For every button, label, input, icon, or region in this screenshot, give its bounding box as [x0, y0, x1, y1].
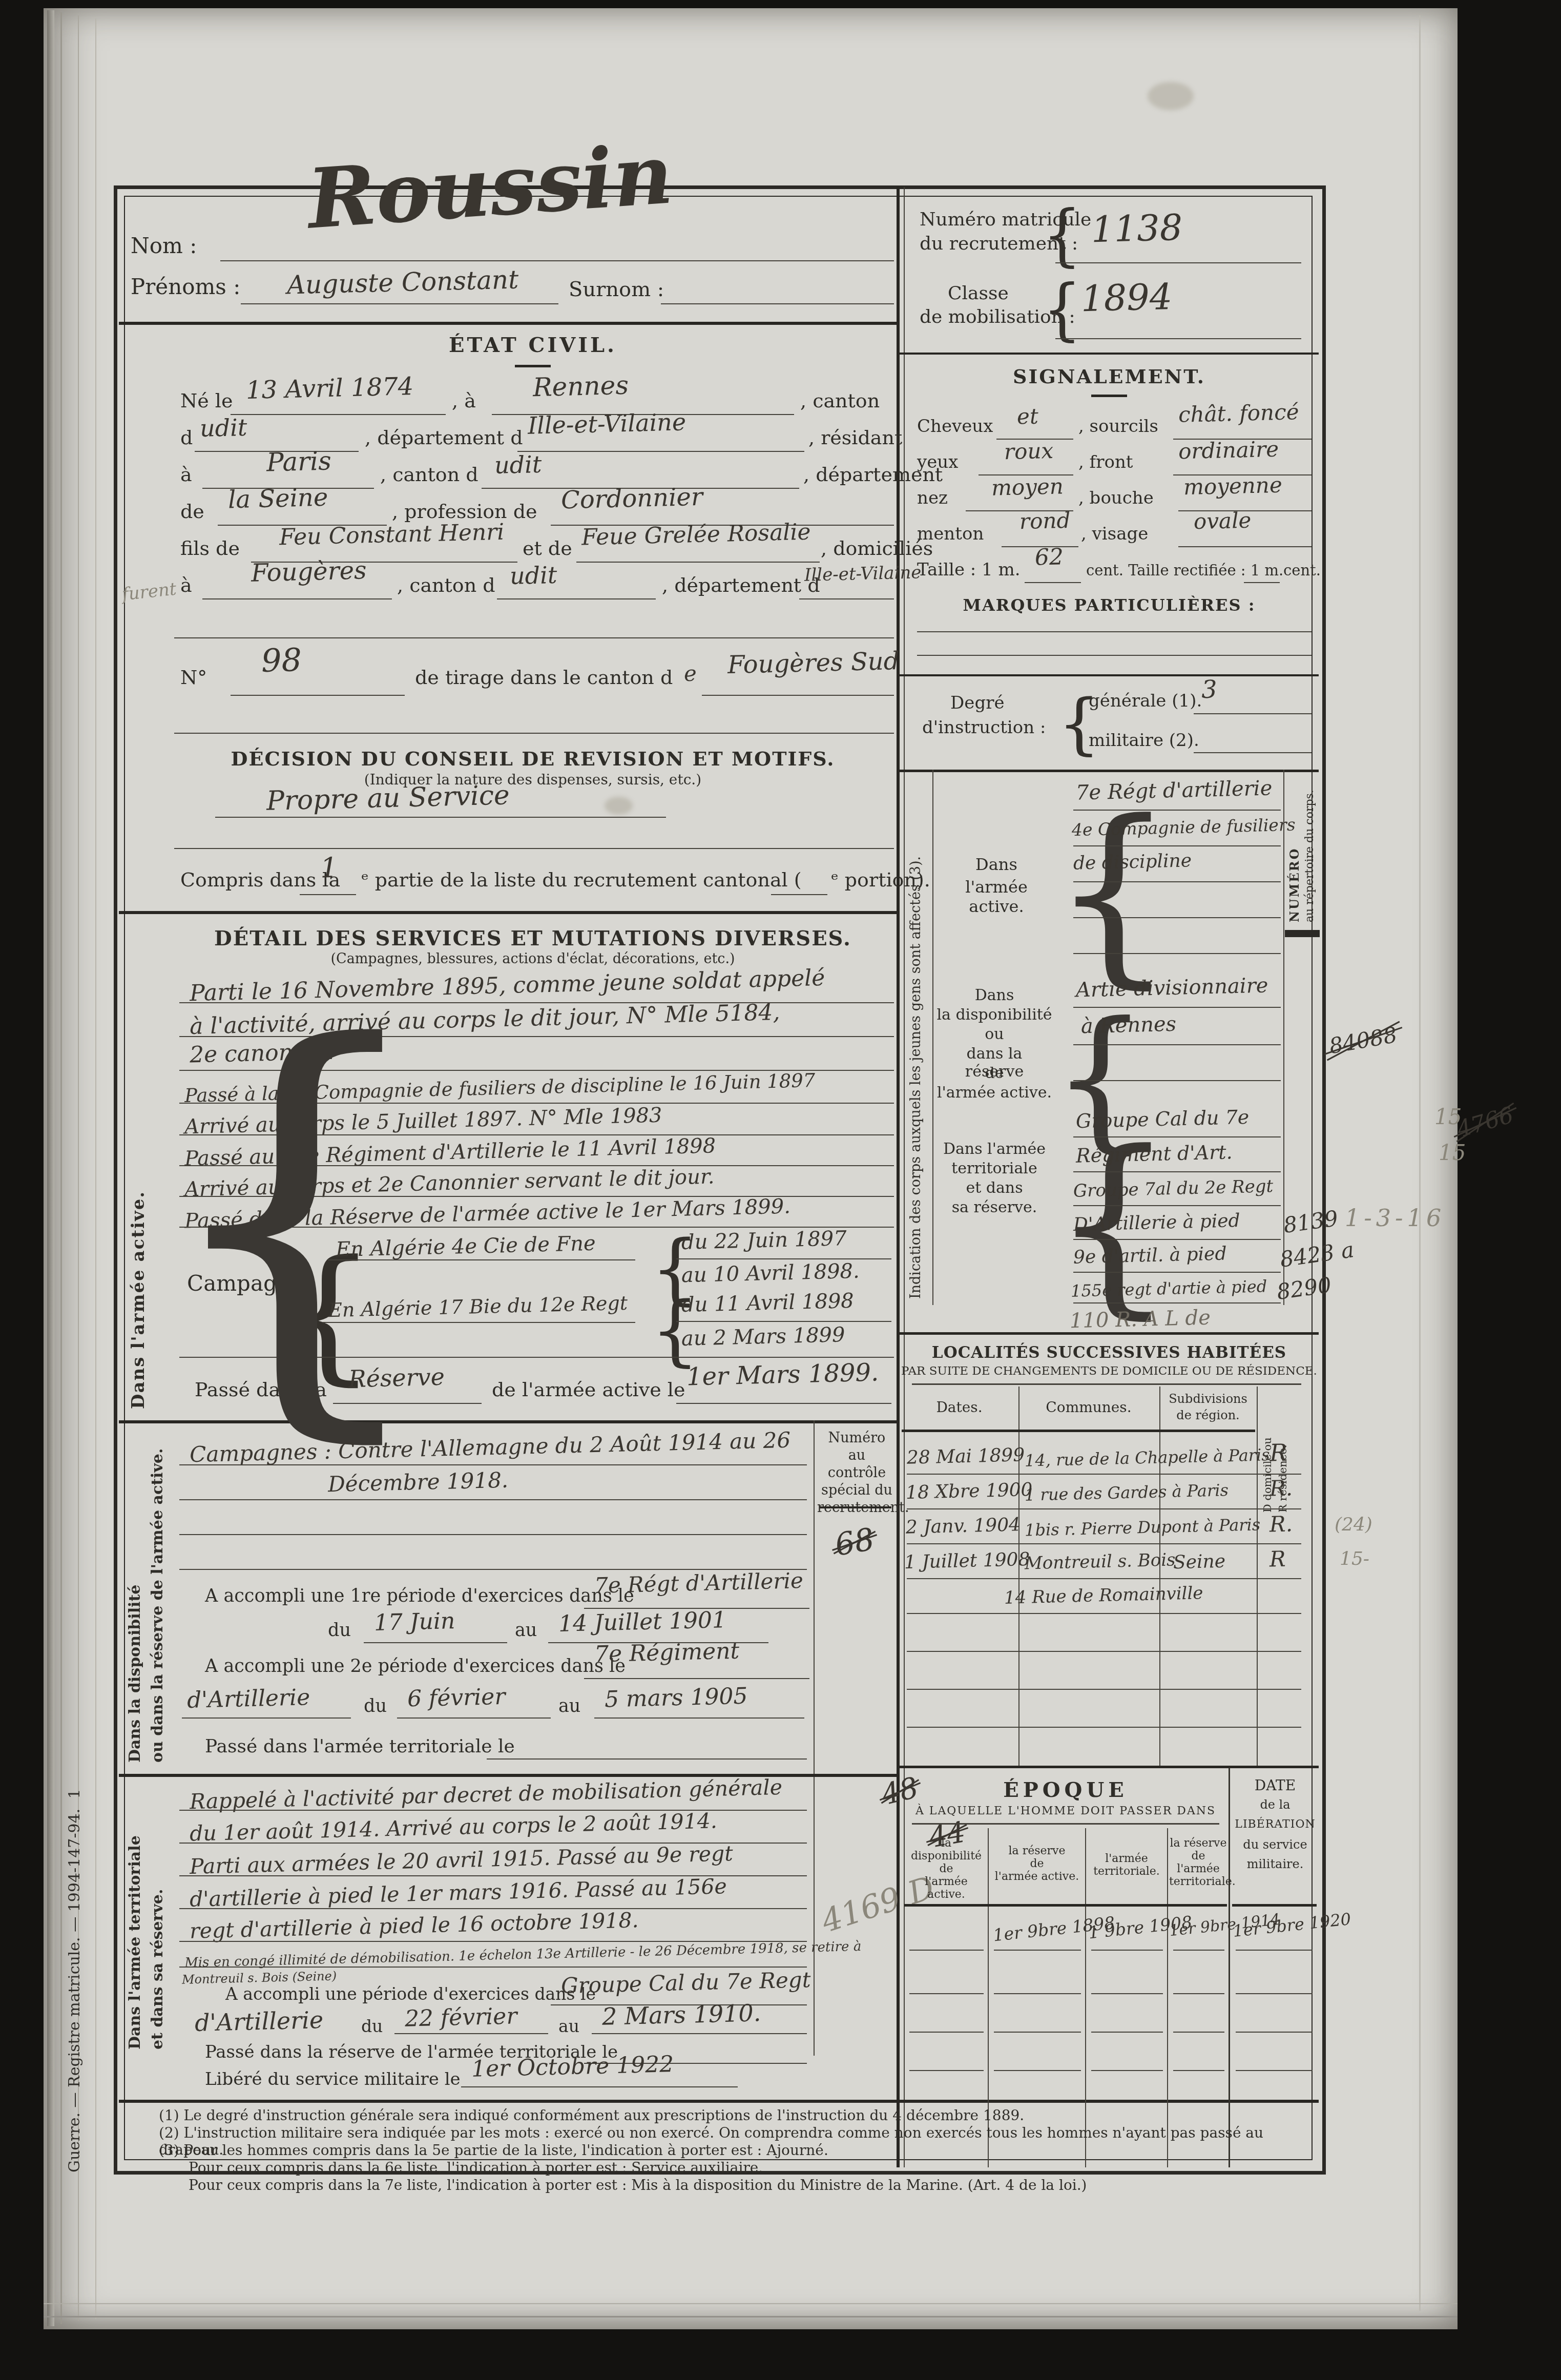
passe-reserve-label-2: de l'armée active le	[492, 1378, 685, 1401]
periode2-du: du	[364, 1696, 387, 1716]
register-sheet-number: 1	[66, 1789, 84, 1799]
rule-line	[917, 655, 1312, 656]
rule-line	[1073, 1007, 1281, 1008]
ne-le-label: Né le	[180, 389, 233, 412]
prenoms-label: Prénoms :	[131, 274, 240, 299]
col-subdiv-header-2: de région.	[1162, 1408, 1254, 1422]
dispo-label-5: de	[935, 1064, 1053, 1082]
canton-suffix: , canton	[800, 389, 880, 412]
epoque-col2-1: la réserve	[1009, 1845, 1066, 1857]
rule-line	[1236, 1950, 1313, 1951]
d-label: d	[180, 426, 193, 449]
rule-line	[1173, 1950, 1224, 1951]
rule-line	[594, 1717, 804, 1719]
rule-line	[174, 733, 894, 734]
epoque-col1-2: disponibilité	[911, 1850, 982, 1862]
rule-line	[592, 2033, 807, 2034]
compris-before: Compris dans la	[180, 868, 340, 891]
rule-line	[676, 1258, 891, 1259]
rule-line	[461, 2086, 738, 2087]
epoque-col4-3: l'armée	[1177, 1862, 1220, 1875]
rule-line	[179, 1908, 807, 1909]
corps-side-label: Indication des corps auxquels les jeunes…	[908, 776, 924, 1299]
rule-line	[661, 303, 894, 304]
generale-value: 3	[1201, 675, 1217, 705]
corps-terr-line: D'Artillerie à pied	[1073, 1210, 1240, 1235]
rule-line	[1073, 953, 1281, 954]
side-label-territoriale-1: Dans l'armée territoriale	[126, 1783, 144, 2050]
rule-line	[215, 817, 666, 818]
classe-brace: {	[1043, 271, 1081, 349]
rule-line	[1236, 2070, 1313, 2071]
degre-label-1: Degré	[950, 693, 1005, 713]
terr-periode-to: 2 Mars 1910.	[601, 1999, 761, 2031]
canton2-value: udit	[494, 450, 542, 479]
footnotes-divider	[119, 2100, 1319, 2103]
rule-line	[771, 894, 827, 895]
canton2-label: , canton d	[380, 463, 478, 486]
periode1-from: 17 Juin	[373, 1608, 455, 1636]
rule-line	[907, 1613, 1301, 1614]
loc-date: 1 Juillet 1908	[904, 1549, 1030, 1573]
section-divider	[900, 1766, 1319, 1768]
rule-line	[1055, 338, 1301, 339]
rule-line	[1073, 1302, 1281, 1303]
canton3-label: , canton d	[397, 574, 495, 596]
localites-subtitle: PAR SUITE DE CHANGEMENTS DE DOMICILE OU …	[900, 1364, 1319, 1378]
epoque-date-title-2: de la	[1234, 1797, 1317, 1812]
rule-line	[174, 848, 894, 849]
side-label-disponibilite-1: Dans la disponibilité	[126, 1435, 144, 1763]
dept3-label: , département d	[662, 574, 820, 596]
decision-title: DÉCISION DU CONSEIL DE REVISION ET MOTIF…	[174, 747, 891, 770]
rule-line	[1073, 1272, 1281, 1273]
page-stack-line	[95, 18, 96, 2319]
col-dates-header: Dates.	[904, 1399, 1014, 1416]
rule-line	[676, 1321, 891, 1322]
terr-number-crossed: 4766	[1454, 1102, 1516, 1143]
prenoms-value: Auguste Constant	[286, 264, 518, 300]
margin-pencil-15: 15	[1434, 1104, 1462, 1129]
periode1-value: 7e Régt d'Artillerie	[594, 1568, 803, 1598]
rule-line	[799, 598, 894, 599]
rule-line	[584, 1678, 809, 1679]
footnote-3: (3) Pour les hommes compris dans la 5e p…	[159, 2142, 1317, 2159]
binding-edge	[47, 10, 54, 2326]
corps-dispo-line: Artie divisionnaire	[1075, 974, 1268, 1002]
paper-stain	[1148, 82, 1194, 110]
rule-line	[1073, 810, 1281, 811]
rule-line	[1073, 881, 1281, 882]
footnote-4: Pour ceux compris dans la 6e liste, l'in…	[189, 2159, 1316, 2176]
epoque-col3-header: l'armée territoriale.	[1087, 1852, 1166, 1878]
sourcils-label: , sourcils	[1078, 416, 1158, 437]
rule-line	[907, 1689, 1301, 1690]
periode2-value2: d'Artillerie	[186, 1684, 310, 1713]
fils-de-label: fils de	[180, 537, 240, 560]
rule-line	[820, 1506, 891, 1508]
rule-line	[179, 1499, 807, 1500]
front-label: , front	[1078, 452, 1133, 472]
epoque-col1-header: la disponibilité de l'armée active.	[906, 1837, 987, 1901]
loc-date: 28 Mai 1899	[907, 1444, 1025, 1468]
generale-label: générale (1).	[1089, 691, 1202, 711]
rule-line	[300, 894, 356, 895]
epoque-col1-4: l'armée active.	[925, 1875, 968, 1901]
side-brace-armee-active: {	[152, 953, 439, 1478]
dept1-value: Ille-et-Vilaine	[527, 408, 686, 440]
corps-label-column-line	[932, 770, 933, 1305]
periode2-to: 5 mars 1905	[604, 1683, 748, 1713]
rule-line	[994, 1950, 1081, 1951]
dispo-label-3: ou	[935, 1025, 1053, 1043]
controle-value-crossed: 68	[832, 1521, 877, 1563]
dept3-value: Ille-et-Vilaine	[804, 562, 922, 586]
rule-line	[1073, 1080, 1281, 1081]
corps-active-line: 7e Régt d'artillerie	[1075, 776, 1272, 804]
section-divider	[900, 1332, 1319, 1335]
epoque-date-title-1: DATE	[1234, 1777, 1317, 1794]
a2-label: à	[180, 463, 192, 486]
rule-line	[179, 1941, 807, 1942]
page-crease	[1419, 15, 1421, 2311]
rule-line	[1236, 2032, 1313, 2033]
loc-date: 2 Janv. 1904	[906, 1514, 1021, 1538]
visage-value: ovale	[1193, 508, 1252, 534]
rule-line	[909, 1993, 984, 1994]
title-dash	[515, 365, 551, 367]
cheveux-value: et	[1016, 403, 1038, 429]
birth-date: 13 Avril 1874	[245, 372, 414, 405]
armee-active-brace: {	[1051, 779, 1175, 1006]
dept1-label: , département d	[365, 426, 523, 449]
margin-pencil-date: 1-3-16	[1345, 1204, 1445, 1232]
armee-active-label-2: l'armée active.	[938, 877, 1055, 916]
rule-line	[497, 598, 656, 599]
rule-line	[1178, 546, 1312, 547]
side-label-disponibilite-2: ou dans la réserve de l'armée active.	[149, 1435, 166, 1763]
table-column-line	[1159, 1386, 1160, 1766]
profession-value: Cordonnier	[560, 483, 703, 515]
dispo-label-2: la disponibilité	[935, 1006, 1053, 1024]
menton-label: menton	[917, 524, 984, 544]
matricule-value: 1138	[1091, 206, 1183, 251]
section-divider	[119, 911, 897, 914]
tirage-no: 98	[261, 641, 302, 679]
dispo-label-1: Dans	[935, 986, 1053, 1004]
footnote-5: Pour ceux compris dans la 7e liste, l'in…	[189, 2177, 1316, 2193]
rule-line	[174, 637, 894, 638]
rule-line	[1073, 1136, 1281, 1137]
rule-line	[676, 1403, 891, 1404]
periode2-from: 6 février	[407, 1684, 506, 1712]
loc-dr: R	[1269, 1546, 1286, 1572]
rule-line	[907, 1543, 1301, 1544]
passe-reserve-value-2: 1er Mars 1899.	[686, 1358, 879, 1391]
campagne2-to: au 2 Mars 1899	[681, 1323, 845, 1351]
corps-numero-label-1: NUMÉRO	[1287, 774, 1302, 922]
rule-line	[487, 1758, 807, 1760]
rule-line	[179, 1464, 807, 1465]
section-divider	[119, 322, 897, 325]
ornament-rule	[912, 1383, 1301, 1385]
services-title: DÉTAIL DES SERVICES ET MUTATIONS DIVERSE…	[174, 926, 891, 950]
table-header-rule	[904, 1904, 1227, 1907]
loc-date: 18 Xbre 1900	[906, 1479, 1033, 1503]
epoque-col3-1: l'armée	[1105, 1852, 1148, 1865]
periode2-value: 7e Régiment	[594, 1638, 739, 1668]
corps-terr-line: Groupe Cal du 7e	[1076, 1106, 1250, 1132]
tirage-e: e	[683, 661, 697, 687]
classe-value: 1894	[1080, 276, 1173, 320]
taille-label-3: cent.	[1283, 562, 1321, 579]
rule-line	[994, 1993, 1081, 1994]
margin-pencil-15: 15	[1439, 1140, 1466, 1165]
terr-label-2: territoriale	[935, 1160, 1053, 1177]
controle-header-3: spécial du	[821, 1482, 892, 1498]
epoque-col3-2: territoriale.	[1093, 1865, 1160, 1878]
corps-terr-line: Régiment d'Art.	[1076, 1141, 1233, 1167]
footnote-1: (1) Le degré d'instruction générale sera…	[159, 2107, 1317, 2124]
taille-label-1: Taille : 1 m.	[917, 560, 1021, 580]
rule-line	[1073, 845, 1281, 846]
rule-line	[1091, 1993, 1163, 1994]
localites-title: LOCALITÉS SUCCESSIVES HABITÉES	[900, 1343, 1319, 1362]
col-subdiv-header-1: Subdivisions	[1162, 1392, 1254, 1406]
taille-value: 62	[1034, 544, 1064, 570]
rule-line	[231, 695, 405, 696]
rule-line	[179, 1967, 807, 1968]
rule-line	[1173, 2032, 1224, 2033]
sourcils-value: chât. foncé	[1178, 399, 1299, 427]
table-header-rule	[902, 1430, 1255, 1432]
page-edge-line	[44, 2303, 1458, 2304]
terr-label-1: Dans l'armée	[935, 1140, 1053, 1158]
page-edge-line	[44, 2316, 1458, 2317]
controle-header-1: Numéro	[828, 1430, 886, 1446]
epoque-date-title-5: militaire.	[1234, 1857, 1317, 1871]
rule-line	[1091, 2070, 1163, 2071]
epoque-subtitle: À LAQUELLE L'HOMME DOIT PASSER DANS	[904, 1805, 1227, 1817]
loc-dr: R.	[1269, 1475, 1293, 1501]
rule-line	[1194, 752, 1312, 753]
passe-territoriale-label: Passé dans l'armée territoriale le	[205, 1736, 515, 1757]
rule-line	[1025, 582, 1081, 583]
rule-line	[907, 1651, 1301, 1652]
rule-line	[1073, 917, 1281, 918]
canton3-value: udit	[509, 561, 557, 590]
loc-subdiv: Seine	[1173, 1551, 1226, 1573]
col-communes-header: Communes.	[1022, 1399, 1155, 1416]
controle-header: Numéro au contrôle spécial du recrutemen…	[817, 1430, 897, 1517]
campagne1-from: du 22 Juin 1897	[681, 1227, 847, 1254]
rule-line	[220, 260, 894, 261]
de-label: de	[180, 500, 204, 523]
terr-periode-from: 22 février	[404, 2003, 517, 2032]
ornament-rule	[912, 1823, 1219, 1825]
bouche-label: , bouche	[1078, 488, 1154, 508]
loc-margin-note: (24)	[1335, 1514, 1372, 1535]
rule-line	[994, 2070, 1081, 2071]
residant-label: , résidant	[808, 426, 902, 449]
corps-numero-label-2: au répertoire du corps.	[1303, 774, 1316, 922]
parents-place: Fougères	[251, 556, 367, 587]
numero-column-tick	[1285, 930, 1320, 937]
controle-column-line	[814, 1420, 815, 2056]
compris-middle: ᵉ partie de la liste du recrutement cant…	[361, 868, 802, 891]
residence-value: Paris	[266, 446, 331, 477]
corps-terr-line: 110 R. A L de	[1069, 1306, 1211, 1333]
periode2-au: au	[558, 1696, 580, 1716]
rule-line	[1236, 1993, 1313, 1994]
rule-line	[1073, 1239, 1281, 1240]
dispo-label-6: l'armée active.	[935, 1084, 1053, 1102]
rule-line	[241, 303, 558, 304]
epoque-col4-1: la réserve	[1170, 1837, 1227, 1850]
epoque-col4-4: territoriale.	[1169, 1875, 1236, 1888]
epoque-col2-2: de	[1030, 1857, 1044, 1870]
rule-line	[909, 2070, 984, 2071]
signalement-title: SIGNALEMENT.	[900, 365, 1319, 388]
rule-line	[1073, 1205, 1281, 1206]
epoque-title: ÉPOQUE	[904, 1778, 1227, 1802]
rule-line	[917, 631, 1312, 632]
etat-civil-title: ÉTAT CIVIL.	[174, 333, 891, 357]
rule-line	[1244, 582, 1280, 583]
scanned-register-page: Guerre. — Registre matricule. — 1994-147…	[0, 0, 1561, 2380]
rule-line	[702, 695, 894, 696]
section-divider	[900, 674, 1319, 676]
rule-line	[1073, 1044, 1281, 1045]
tirage-canton: Fougères Sud	[727, 647, 900, 679]
libere-value: 1er Octobre 1922	[471, 2051, 674, 2082]
terr-periode-au: au	[558, 2016, 579, 2036]
register-side-caption-text: Guerre. — Registre matricule. — 1994-147…	[66, 1809, 84, 2172]
rule-line	[179, 1534, 807, 1535]
rule-line	[397, 1717, 551, 1719]
birth-place: Rennes	[532, 370, 629, 403]
campagne2-from: du 11 Avril 1898	[681, 1289, 854, 1317]
rule-line	[994, 2032, 1081, 2033]
militaire-label: militaire (2).	[1089, 730, 1199, 751]
cheveux-label: Cheveux	[917, 416, 993, 437]
nez-value: moyen	[991, 473, 1064, 500]
surnom-label: Surnom :	[569, 278, 664, 301]
rule-line	[1055, 262, 1301, 263]
a-label: , à	[452, 389, 476, 412]
terr-label-4: sa réserve.	[935, 1198, 1053, 1216]
terr-label-3: et dans	[935, 1179, 1053, 1197]
nom-label: Nom :	[131, 233, 197, 258]
periode1-du: du	[328, 1620, 351, 1641]
front-value: ordinaire	[1178, 437, 1279, 464]
rule-line	[907, 1578, 1301, 1579]
domicilies-label: , domiciliés	[821, 537, 933, 560]
rule-line	[909, 1950, 984, 1951]
compris-written: 1	[320, 852, 338, 884]
libere-label: Libéré du service militaire le	[205, 2069, 461, 2089]
periode1-to: 14 Juillet 1901	[558, 1607, 726, 1637]
rule-line	[1091, 2032, 1163, 2033]
tirage-no-label: N°	[180, 666, 207, 689]
dept2-value: la Seine	[227, 483, 328, 514]
table-column-line	[1257, 1386, 1258, 1766]
marques-label: MARQUES PARTICULIÈRES :	[900, 595, 1319, 615]
rule-line	[231, 414, 446, 415]
tirage-label: de tirage dans le canton d	[415, 666, 673, 689]
epoque-date-title-4: du service	[1234, 1837, 1317, 1852]
loc-dr: R.	[1269, 1511, 1293, 1537]
rule-line	[202, 598, 392, 599]
rule-line	[394, 2033, 548, 2034]
epoque-col2-3: l'armée active.	[995, 1870, 1079, 1883]
rule-line	[1173, 1993, 1224, 1994]
epoque-date-title-3: LIBÉRATION	[1234, 1818, 1317, 1831]
periode2-label: A accompli une 2e période d'exercices da…	[205, 1656, 626, 1677]
epoque-col4-2: de	[1191, 1850, 1205, 1862]
yeux-value: roux	[1004, 438, 1053, 464]
rule-line	[1091, 1950, 1163, 1951]
rule-line	[1173, 2070, 1224, 2071]
rule-line	[909, 2032, 984, 2033]
section-divider	[900, 353, 1319, 355]
corps-active-line: de discipline	[1073, 850, 1192, 874]
epoque-col2-header: la réserve de l'armée active.	[990, 1845, 1084, 1883]
armee-active-label-1: Dans	[938, 855, 1055, 874]
rule-line	[517, 451, 804, 452]
terr-periode-du: du	[361, 2016, 383, 2036]
decision-value: Propre au Service	[266, 780, 510, 817]
section-divider	[900, 770, 1319, 772]
visage-label: , visage	[1081, 524, 1148, 544]
taille-label-2: cent. Taille rectifiée : 1 m.	[1086, 562, 1283, 579]
bouche-value: moyenne	[1183, 472, 1282, 500]
nez-label: nez	[917, 488, 948, 508]
mother-name: Feue Grelée Rosalie	[581, 519, 811, 551]
table-header-rule	[1232, 1904, 1317, 1907]
rule-line	[576, 562, 820, 563]
title-dash	[1091, 395, 1127, 397]
terr-periode-label: A accompli une période d'exercices dans …	[225, 1984, 596, 2004]
rule-line	[907, 1508, 1301, 1509]
periode1-au: au	[515, 1620, 537, 1641]
father-name: Feu Constant Henri	[279, 519, 504, 551]
corps-dispo-line: à Rennes	[1080, 1012, 1176, 1039]
menton-value: rond	[1019, 508, 1070, 534]
loc-commune: Montreuil s. Bois	[1025, 1549, 1176, 1574]
canton1-value: udit	[199, 413, 247, 442]
rule-line	[182, 1717, 351, 1719]
loc-dr: R	[1269, 1439, 1287, 1467]
rule-line	[364, 1642, 507, 1643]
epoque-col4-header: la réserve de l'armée territoriale.	[1169, 1837, 1227, 1888]
et-de-label: et de	[523, 537, 572, 560]
campagne1-to: au 10 Avril 1898.	[681, 1259, 860, 1287]
classe-label-1: Classe	[948, 283, 1009, 304]
register-side-caption: Guerre. — Registre matricule. — 1994-147…	[66, 1609, 84, 2172]
epoque-col1-3: de	[939, 1862, 953, 1875]
controle-header-2: au contrôle	[828, 1447, 886, 1481]
rule-line	[1073, 1171, 1281, 1172]
rule-line	[907, 1727, 1301, 1728]
yeux-label: yeux	[917, 452, 958, 472]
side-label-territoriale-2: et dans sa réserve.	[149, 1783, 166, 2050]
corps-terr-line: 9e d'artil. à pied	[1073, 1243, 1227, 1268]
loc-margin-note: 15-	[1340, 1548, 1369, 1569]
profession-label: , profession de	[392, 500, 537, 523]
side-label-armee-active: Dans l'armée active.	[128, 948, 149, 1409]
rule-line	[1194, 713, 1312, 714]
